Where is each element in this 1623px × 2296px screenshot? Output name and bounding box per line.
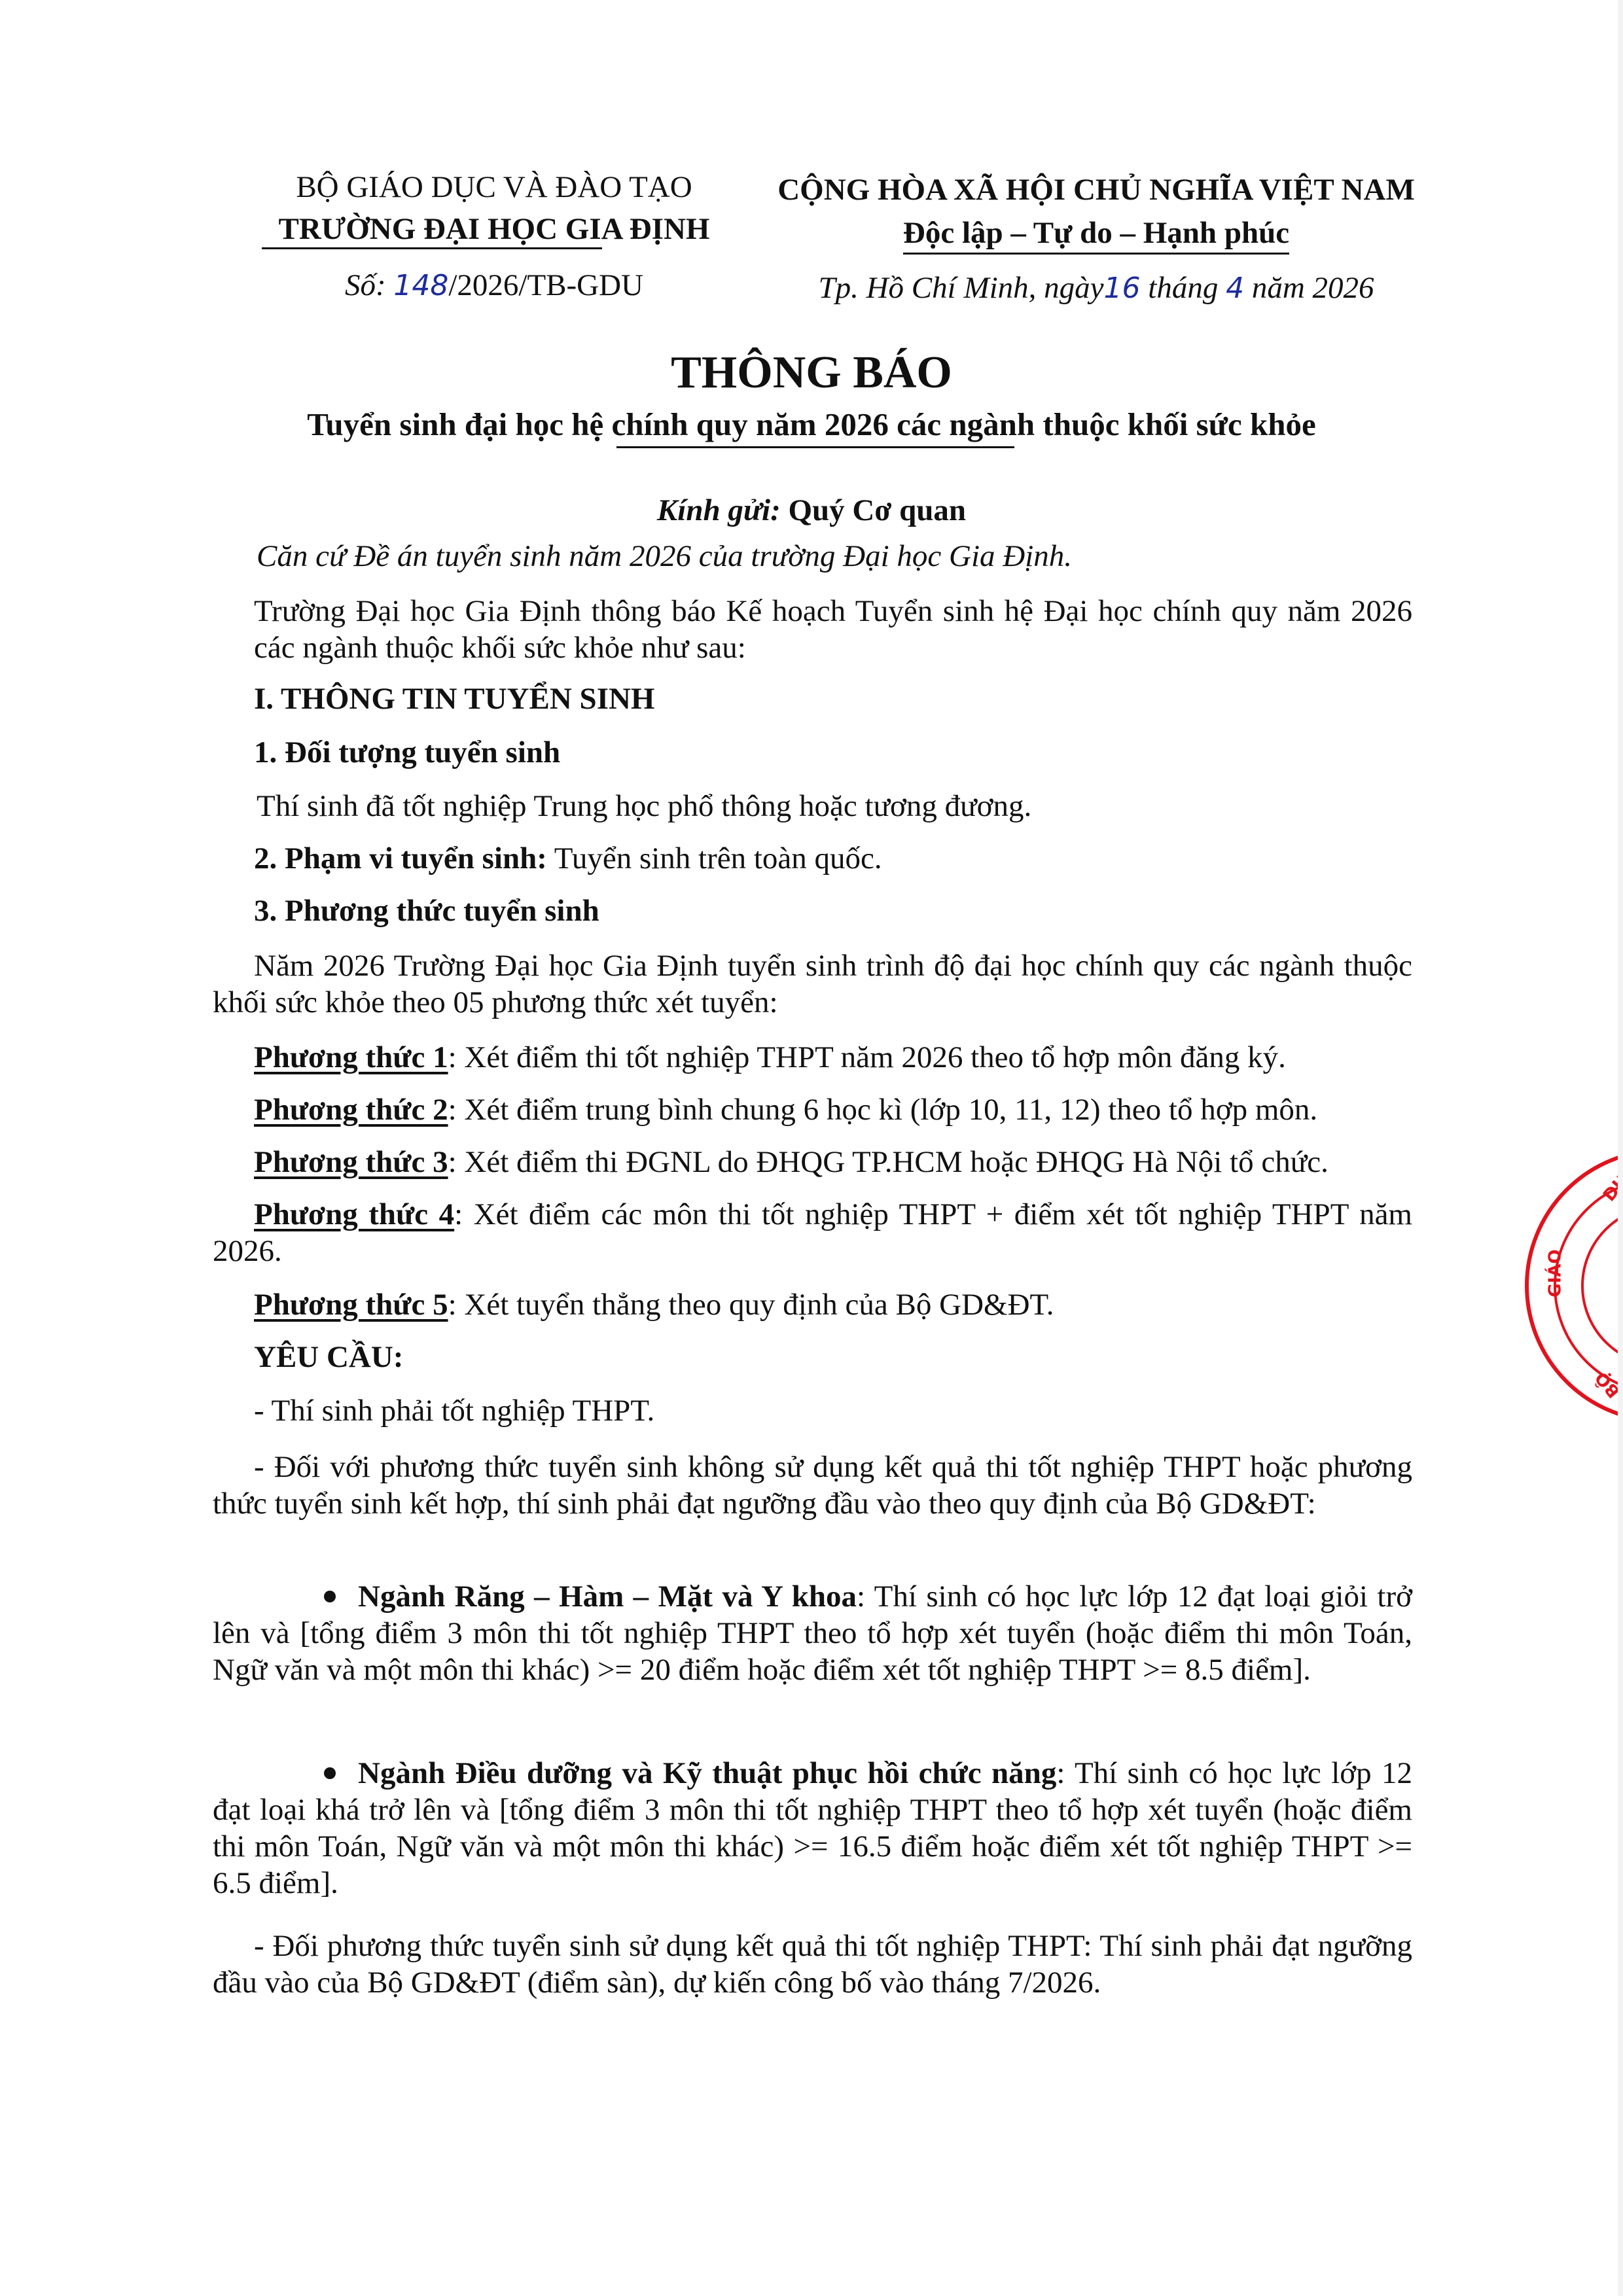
date-prefix: Tp. Hồ Chí Minh, ngày: [818, 271, 1103, 305]
subsection-2: 2. Phạm vi tuyển sinh: Tuyển sinh trên t…: [254, 840, 882, 877]
method-1-text: : Xét điểm thi tốt nghiệp THPT năm 2026 …: [448, 1040, 1286, 1074]
subsection-1-heading: 1. Đối tượng tuyển sinh: [254, 734, 560, 771]
nation-name: CỘNG HÒA XÃ HỘI CHỦ NGHĨA VIỆT NAM: [726, 171, 1466, 208]
method-3-text: : Xét điểm thi ĐGNL do ĐHQG TP.HCM hoặc …: [448, 1145, 1329, 1179]
subtitle-underline: [616, 446, 1014, 448]
method-4: Phương thức 4: Xét điểm các môn thi tốt …: [213, 1196, 1412, 1269]
number-prefix: Số:: [345, 268, 386, 302]
document-number: Số: 148/2026/TB-GDU: [164, 267, 825, 304]
requirements-heading: YÊU CẦU:: [254, 1339, 403, 1375]
date-month-label: tháng: [1148, 271, 1218, 305]
legal-basis: Căn cứ Đề án tuyển sinh năm 2026 của trư…: [257, 538, 1072, 574]
method-1: Phương thức 1: Xét điểm thi tốt nghiệp T…: [254, 1039, 1286, 1076]
requirement-2: - Đối với phương thức tuyển sinh không s…: [213, 1449, 1412, 1522]
recipient-line: Kính gửi: Quý Cơ quan: [0, 492, 1623, 529]
issue-date: Tp. Hồ Chí Minh, ngày16 tháng 4 năm 2026: [726, 270, 1466, 307]
seal-ring-left-text: GIÁO: [1546, 1249, 1565, 1297]
method-3: Phương thức 3: Xét điểm thi ĐGNL do ĐHQG…: [254, 1144, 1329, 1180]
subsection-3-text: Năm 2026 Trường Đại học Gia Định tuyển s…: [213, 947, 1412, 1021]
requirement-bullet-2: Ngành Điều dưỡng và Kỹ thuật phục hồi ch…: [213, 1755, 1412, 1901]
national-motto: Độc lập – Tự do – Hạnh phúc: [726, 215, 1466, 251]
page-edge: [1618, 0, 1623, 2296]
document-title: THÔNG BÁO: [0, 347, 1623, 399]
intro-text: Trường Đại học Gia Định thông báo Kế hoạ…: [254, 594, 1412, 665]
method-3-label: Phương thức 3: [254, 1145, 448, 1179]
method-2-label: Phương thức 2: [254, 1093, 448, 1127]
university-underline: [262, 247, 602, 249]
requirement-bullet-1: Ngành Răng – Hàm – Mặt và Y khoa: Thí si…: [213, 1578, 1412, 1688]
method-5: Phương thức 5: Xét tuyển thẳng theo quy …: [254, 1286, 1054, 1323]
bullet-icon: [324, 1591, 336, 1602]
university-name: TRƯỜNG ĐẠI HỌC GIA ĐỊNH: [164, 211, 825, 247]
date-month-handwritten: 4: [1226, 272, 1244, 305]
recipient-value: Quý Cơ quan: [788, 493, 966, 527]
number-suffix: /2026/TB-GDU: [448, 268, 643, 302]
date-year: năm 2026: [1252, 271, 1374, 305]
method-2: Phương thức 2: Xét điểm trung bình chung…: [254, 1091, 1317, 1128]
subsection-1-text: Thí sinh đã tốt nghiệp Trung học phổ thô…: [257, 788, 1031, 824]
recipient-label: Kính gửi:: [657, 493, 781, 527]
number-handwritten: 148: [393, 269, 448, 302]
method-5-label: Phương thức 5: [254, 1288, 448, 1322]
method-4-label: Phương thức 4: [254, 1197, 454, 1231]
method-5-text: : Xét tuyển thẳng theo quy định của Bộ G…: [448, 1288, 1054, 1322]
subsection-2-text: Tuyển sinh trên toàn quốc.: [547, 841, 882, 875]
section-1-heading: I. THÔNG TIN TUYỂN SINH: [254, 680, 655, 717]
method-2-text: : Xét điểm trung bình chung 6 học kì (lớ…: [448, 1093, 1318, 1127]
bullet-2-label: Ngành Điều dưỡng và Kỹ thuật phục hồi ch…: [358, 1756, 1056, 1790]
motto-text: Độc lập – Tự do – Hạnh phúc: [903, 216, 1289, 255]
official-seal: DƯ GIÁO BỘ T I G: [1525, 1148, 1623, 1423]
requirement-3: - Đối phương thức tuyển sinh sử dụng kết…: [213, 1928, 1412, 2001]
ministry-name: BỘ GIÁO DỤC VÀ ĐÀO TẠO: [164, 169, 825, 205]
requirement-1: - Thí sinh phải tốt nghiệp THPT.: [254, 1392, 654, 1429]
intro-paragraph: Trường Đại học Gia Định thông báo Kế hoạ…: [254, 593, 1412, 666]
document-subtitle: Tuyển sinh đại học hệ chính quy năm 2026…: [0, 406, 1623, 444]
bullet-1-label: Ngành Răng – Hàm – Mặt và Y khoa: [358, 1580, 857, 1614]
date-day-handwritten: 16: [1104, 272, 1141, 305]
method-1-label: Phương thức 1: [254, 1040, 448, 1074]
subsection-2-heading: 2. Phạm vi tuyển sinh:: [254, 841, 547, 875]
bullet-icon: [324, 1767, 336, 1779]
subsection-3-heading: 3. Phương thức tuyển sinh: [254, 892, 599, 929]
